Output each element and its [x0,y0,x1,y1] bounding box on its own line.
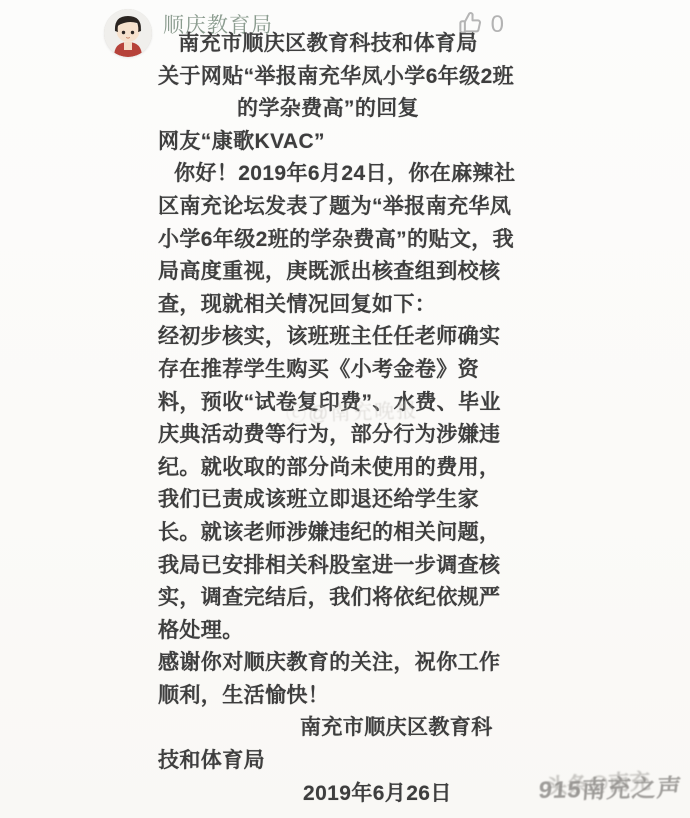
avatar[interactable] [104,9,152,57]
corner-watermark-back: 头条@南充 [545,765,651,800]
body-line: 区南充论坛发表了题为“举报南充华凤 [158,191,498,224]
body-line: 你好！2019年6月24日，你在麻辣社 [158,158,498,191]
corner-watermark: 头条@南充 915南充之声 [484,762,684,810]
body-line: 顺利，生活愉快！ [158,680,498,713]
body-line: 南充市顺庆区教育科技和体育局 [158,28,498,61]
post-body: 南充市顺庆区教育科技和体育局关于网贴“举报南充华凤小学6年级2班的学杂费高”的回… [158,28,498,810]
comment-screenshot: 顺庆教育局 0 南充市顺庆区教育科技和体育局关于网贴“举报南充华凤小学6年级2班… [0,0,690,818]
body-line: 长。就该老师涉嫌违纪的相关问题， [158,517,498,550]
body-line: 我们已责成该班立即退还给学生家 [158,484,498,517]
body-line: 经初步核实，该班班主任任老师确实 [158,321,498,354]
body-line: 存在推荐学生购买《小考金卷》资 [158,354,498,387]
body-line: 料，预收“试卷复印费”、水费、毕业 [158,387,498,420]
body-line: 2019年6月26日 [158,778,498,811]
body-line: 格处理。 [158,615,498,648]
body-line: 南充市顺庆区教育科 [158,712,498,745]
body-line: 小学6年级2班的学杂费高”的贴文，我 [158,224,498,257]
body-line: 查，现就相关情况回复如下： [158,289,498,322]
body-line: 纪。就收取的部分尚未使用的费用， [158,452,498,485]
body-line: 技和体育局 [158,745,498,778]
cartoon-child-avatar-icon [104,9,152,57]
corner-watermark-front: 915南充之声 [537,768,683,805]
body-line: 我局已安排相关科股室进一步调查核 [158,550,498,583]
body-line: 的学杂费高”的回复 [158,93,498,126]
body-line: 网友“康歌KVAC” [158,126,498,159]
body-line: 感谢你对顺庆教育的关注，祝你工作 [158,647,498,680]
body-line: 关于网贴“举报南充华凤小学6年级2班 [158,61,498,94]
body-line: 庆典活动费等行为，部分行为涉嫌违 [158,419,498,452]
body-line: 实，调查完结后，我们将依纪依规严 [158,582,498,615]
body-line: 局高度重视，庚既派出核查组到校核 [158,256,498,289]
